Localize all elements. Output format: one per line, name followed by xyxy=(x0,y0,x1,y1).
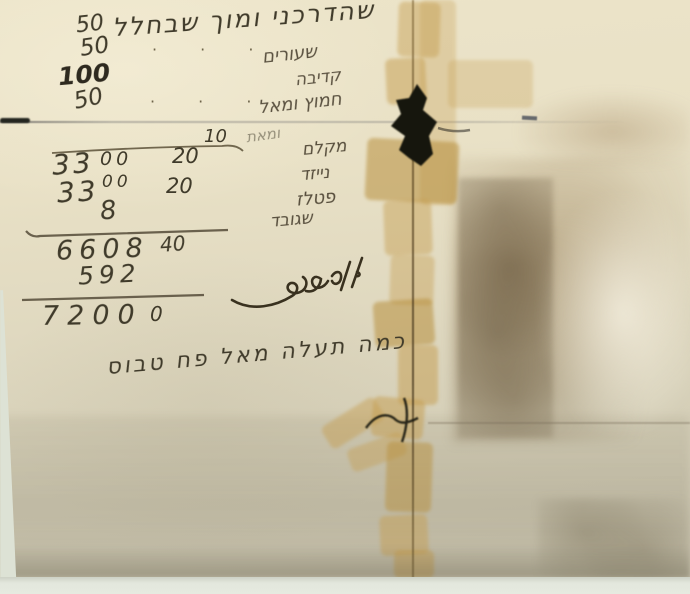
calc-row-col2: 20 xyxy=(172,146,199,167)
total-col2: 0 xyxy=(150,304,163,324)
side-word: קדיבה xyxy=(294,68,342,90)
calc-label: שגובד xyxy=(269,210,313,231)
carry-number: 10 xyxy=(204,128,227,146)
paper-crack xyxy=(366,398,418,442)
calc-label: פטלז xyxy=(295,188,336,209)
amount-row-value: 100 xyxy=(57,60,111,89)
signature-scribble xyxy=(232,258,362,307)
calc-label: מקלם xyxy=(301,138,347,159)
calc-row-col2: 20 xyxy=(166,176,193,197)
framed-photo: שהדרכני ומוך שבחלל 50 50 · · · 100 50 · … xyxy=(0,0,690,594)
amount-row-dots: · · · xyxy=(152,42,267,58)
addend-value: 592 xyxy=(77,260,141,288)
ink-blot-tail xyxy=(438,128,470,131)
mat-bottom-edge xyxy=(0,577,690,594)
paper-bottom-shadow xyxy=(10,546,690,578)
total-value: 7200 xyxy=(42,301,143,330)
amount-row-dots: · · · xyxy=(150,94,265,110)
calc-row-sup: 00 xyxy=(102,174,132,191)
calc-row-main: 8 xyxy=(99,197,118,225)
amount-row-value: 50 xyxy=(79,34,111,61)
calc-row-sup: 00 xyxy=(100,150,132,169)
amount-row-value: 50 xyxy=(72,85,105,114)
ink-strokes-layer xyxy=(0,0,690,594)
ink-blot xyxy=(391,84,437,166)
calc-row-main: 33 xyxy=(56,177,99,207)
subtotal-col2: 40 xyxy=(159,233,186,255)
calc-label: נייזד xyxy=(299,165,330,185)
